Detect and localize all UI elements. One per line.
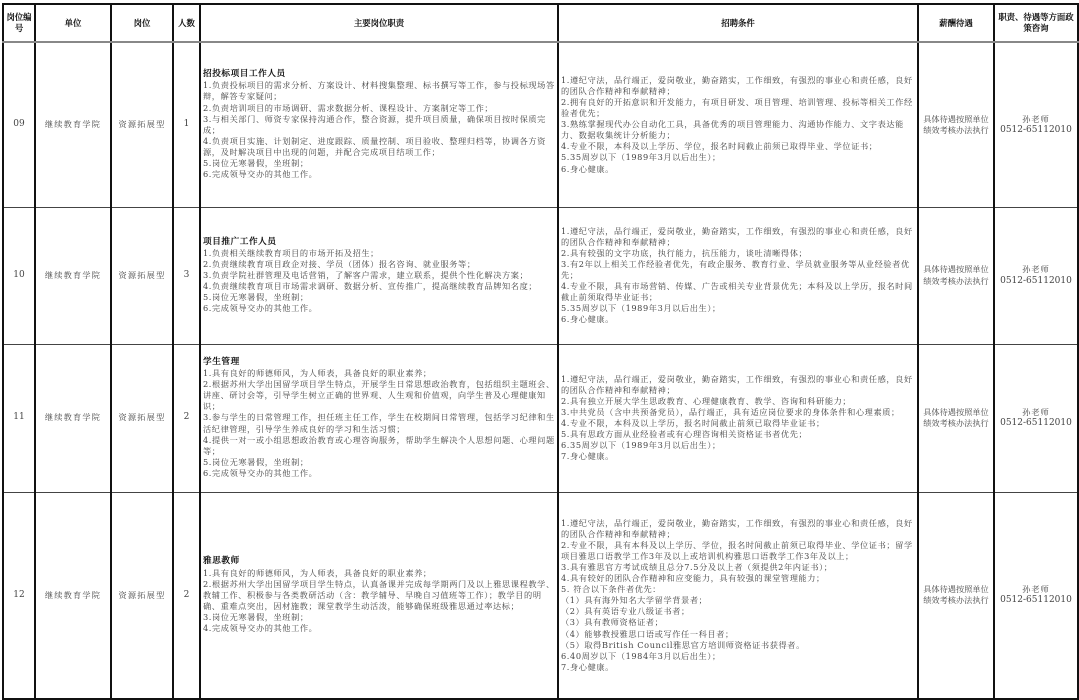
duty-item: 3.参与学生的日常管理工作，担任班主任工作，学生在校期间日常管理，包括学习纪律和… [203,412,555,434]
cell-consult: 孙老师 0512-65112010 [994,492,1078,699]
cell-salary: 具体待遇按照单位绩效考核办法执行 [918,42,994,207]
requirement-item: 6.40周岁以下（1984年3月以后出生）； [561,651,915,662]
requirement-item: 2.拥有良好的开拓意识和开发能力，有项目研发、项目管理、培训管理、投标等相关工作… [561,97,915,119]
contact-phone: 0512-65112010 [997,595,1075,606]
requirement-item: 1.遵纪守法，品行端正，爱岗敬业，勤奋踏实，工作细致，有强烈的事业心和责任感，良… [561,226,915,248]
table-row: 12 继续教育学院 资源拓展型 2 雅思教师 1.具有良好的师德师风，为人师表，… [3,492,1078,699]
cell-post: 资源拓展型 [111,492,173,699]
duty-title: 学生管理 [203,357,555,368]
requirement-item: 5.35周岁以下（1989年3月以后出生）； [561,152,915,163]
cell-requirements: 1.遵纪守法，品行端正，爱岗敬业，勤奋踏实，工作细致，有强烈的事业心和责任感，良… [558,344,918,492]
duty-title: 项目推广工作人员 [203,237,555,248]
cell-requirements: 1.遵纪守法，品行端正，爱岗敬业，勤奋踏实，工作细致，有强烈的事业心和责任感，良… [558,207,918,344]
duty-item: 3.岗位无寒暑假，坐班制； [203,612,555,623]
cell-count: 3 [173,207,200,344]
duty-item: 1.具有良好的师德师风，为人师表，具备良好的职业素养； [203,368,555,379]
cell-post: 资源拓展型 [111,344,173,492]
cell-post: 资源拓展型 [111,42,173,207]
requirement-item: 4.专业不限，具有市场营销、传媒、广告或相关专业背景优先；本科及以上学历，报名时… [561,281,915,303]
duty-item: 4.负责项目实施、计划制定、进度跟踪、质量控制、项目验收、整理归档等，协调各方资… [203,136,555,158]
requirement-item: 6.身心健康。 [561,314,915,325]
requirement-item: 7.身心健康。 [561,662,915,673]
cell-salary: 具体待遇按照单位绩效考核办法执行 [918,207,994,344]
duty-item: 5.岗位无寒暑假，坐班制； [203,457,555,468]
cell-duties: 学生管理 1.具有良好的师德师风，为人师表，具备良好的职业素养； 2.根据苏州大… [200,344,558,492]
requirement-item: 6.35周岁以下（1989年3月以后出生）； [561,440,915,451]
requirement-item: （3）具有教师资格证者； [561,617,915,628]
cell-requirements: 1.遵纪守法，品行端正，爱岗敬业，勤奋踏实，工作细致，有强烈的事业心和责任感，良… [558,42,918,207]
duty-item: 3.负责学院社群管理及电话营销，了解客户需求，建立联系，提供个性化解决方案； [203,270,555,281]
requirement-item: 7.身心健康。 [561,451,915,462]
requirement-item: 4.专业不限，本科及以上学历、学位，报名时间截止前须已取得毕业、学位证书； [561,141,915,152]
cell-consult: 孙老师 0512-65112010 [994,42,1078,207]
cell-count: 2 [173,492,200,699]
contact-phone: 0512-65112010 [997,125,1075,136]
cell-duties: 雅思教师 1.具有良好的师德师风，为人师表，具备良好的职业素养； 2.根据苏州大… [200,492,558,699]
duty-item: 2.负责培训项目的市场调研、需求数据分析、课程设计、方案制定等工作； [203,103,555,114]
cell-code: 09 [3,42,35,207]
contact-phone: 0512-65112010 [997,418,1075,429]
requirement-item: （5）取得British Council雅思官方培训师资格证书获得者。 [561,640,915,651]
header-unit: 单位 [35,4,111,42]
cell-consult: 孙老师 0512-65112010 [994,344,1078,492]
header-consult: 职责、待遇等方面政策咨询 [994,4,1078,42]
duty-item: 1.负责投标项目的需求分析、方案设计、材料搜集整理、标书撰写等工作，参与投标现场… [203,80,555,102]
duty-item: 5.岗位无寒暑假，坐班制； [203,158,555,169]
recruitment-table: 岗位编号 单位 岗位 人数 主要岗位职责 招聘条件 薪酬待遇 职责、待遇等方面政… [2,3,1079,699]
requirement-item: 2.专业不限，具有本科及以上学历、学位，报名时间截止前须已取得毕业、学位证书；留… [561,540,915,562]
contact-name: 孙老师 [997,584,1075,595]
duty-item: 2.根据苏州大学出国留学项目学生特点，开展学生日常思想政治教育，包括组织主题班会… [203,379,555,412]
cell-requirements: 1.遵纪守法，品行端正，爱岗敬业，勤奋踏实，工作细致，有强烈的事业心和责任感，良… [558,492,918,699]
cell-unit: 继续教育学院 [35,492,111,699]
requirement-item: 1.遵纪守法，品行端正，爱岗敬业，勤奋踏实，工作细致，有强烈的事业心和责任感，良… [561,518,915,540]
duty-item: 1.具有良好的师德师风，为人师表，具备良好的职业素养； [203,568,555,579]
duty-item: 4.完成领导交办的其他工作。 [203,623,555,634]
requirement-item: 2.具有较强的文字功底，执行能力，抗压能力，谈吐清晰得体； [561,248,915,259]
header-salary: 薪酬待遇 [918,4,994,42]
contact-phone: 0512-65112010 [997,276,1075,287]
duty-item: 5.岗位无寒暑假，坐班制； [203,292,555,303]
requirement-item: 6.身心健康。 [561,164,915,175]
header-duties: 主要岗位职责 [200,4,558,42]
cell-salary: 具体待遇按照单位绩效考核办法执行 [918,344,994,492]
table-row: 11 继续教育学院 资源拓展型 2 学生管理 1.具有良好的师德师风，为人师表，… [3,344,1078,492]
duty-item: 4.负责继续教育项目市场需求调研、数据分析、宣传推广，提高继续教育品牌知名度； [203,281,555,292]
header-row: 岗位编号 单位 岗位 人数 主要岗位职责 招聘条件 薪酬待遇 职责、待遇等方面政… [3,4,1078,42]
requirement-item: 5.35周岁以下（1989年3月以后出生）； [561,303,915,314]
cell-salary: 具体待遇按照单位绩效考核办法执行 [918,492,994,699]
requirement-item: （1）具有海外知名大学留学背景者； [561,595,915,606]
header-post: 岗位 [111,4,173,42]
contact-name: 孙老师 [997,407,1075,418]
contact-name: 孙老师 [997,264,1075,275]
header-requirements: 招聘条件 [558,4,918,42]
header-count: 人数 [173,4,200,42]
cell-duties: 项目推广工作人员 1.负责相关继续教育项目的市场开拓及招生； 2.负责继续教育项… [200,207,558,344]
requirement-item: 5.具有思政方面从业经验者或有心理咨询相关资格证书者优先； [561,429,915,440]
table-row: 10 继续教育学院 资源拓展型 3 项目推广工作人员 1.负责相关继续教育项目的… [3,207,1078,344]
requirement-item: 3.具有雅思官方考试成绩且总分7.5分及以上者（须提供2年内证书）； [561,562,915,573]
cell-count: 1 [173,42,200,207]
duty-title: 招投标项目工作人员 [203,69,555,80]
duty-title: 雅思教师 [203,556,555,567]
requirement-item: 3.有2年以上相关工作经验者优先，有政企服务、教育行业、学员就业服务等从业经验者… [561,259,915,281]
cell-consult: 孙老师 0512-65112010 [994,207,1078,344]
cell-unit: 继续教育学院 [35,42,111,207]
cell-unit: 继续教育学院 [35,344,111,492]
header-code: 岗位编号 [3,4,35,42]
requirement-item: 4.专业不限，本科及以上学历，报名时间截止前须已取得毕业证书； [561,418,915,429]
requirement-item: （4）能够教授雅思口语或写作任一科目者； [561,629,915,640]
duty-item: 6.完成领导交办的其他工作。 [203,468,555,479]
duty-item: 3.与相关部门、师资专家保持沟通合作，整合资源，提升项目质量，确保项目按时保质完… [203,114,555,136]
duty-item: 1.负责相关继续教育项目的市场开拓及招生； [203,248,555,259]
cell-code: 10 [3,207,35,344]
cell-count: 2 [173,344,200,492]
cell-duties: 招投标项目工作人员 1.负责投标项目的需求分析、方案设计、材料搜集整理、标书撰写… [200,42,558,207]
cell-post: 资源拓展型 [111,207,173,344]
duty-item: 2.负责继续教育项目政企对接、学员（团体）报名咨询、就业服务等； [203,259,555,270]
duty-item: 4.提供一对一或小组思想政治教育或心理咨询服务，帮助学生解决个人思想问题、心理问… [203,435,555,457]
duty-item: 2.根据苏州大学出国留学项目学生特点，认真备课并完成每学期两门及以上雅思课程教学… [203,579,555,612]
table-row: 09 继续教育学院 资源拓展型 1 招投标项目工作人员 1.负责投标项目的需求分… [3,42,1078,207]
requirement-item: 1.遵纪守法，品行端正，爱岗敬业，勤奋踏实，工作细致，有强烈的事业心和责任感，良… [561,374,915,396]
requirement-item: 3.中共党员（含中共预备党员），品行端正，具有适应岗位要求的身体条件和心理素质； [561,407,915,418]
requirement-item: （2）具有英语专业八级证书者； [561,606,915,617]
requirement-item: 1.遵纪守法，品行端正，爱岗敬业，勤奋踏实，工作细致，有强烈的事业心和责任感，良… [561,75,915,97]
contact-name: 孙老师 [997,114,1075,125]
requirement-item: 3.熟练掌握现代办公自动化工具，具备优秀的项目管理能力、沟通协作能力、文字表达能… [561,119,915,141]
cell-unit: 继续教育学院 [35,207,111,344]
requirement-item: 5. 符合以下条件者优先： [561,584,915,595]
cell-code: 12 [3,492,35,699]
requirement-item: 2.具有独立开展大学生思政教育、心理健康教育、教学、咨询和科研能力； [561,396,915,407]
requirement-item: 4.具有较好的团队合作精神和应变能力，具有较强的课堂管理能力； [561,573,915,584]
duty-item: 6.完成领导交办的其他工作。 [203,303,555,314]
cell-code: 11 [3,344,35,492]
duty-item: 6.完成领导交办的其他工作。 [203,169,555,180]
